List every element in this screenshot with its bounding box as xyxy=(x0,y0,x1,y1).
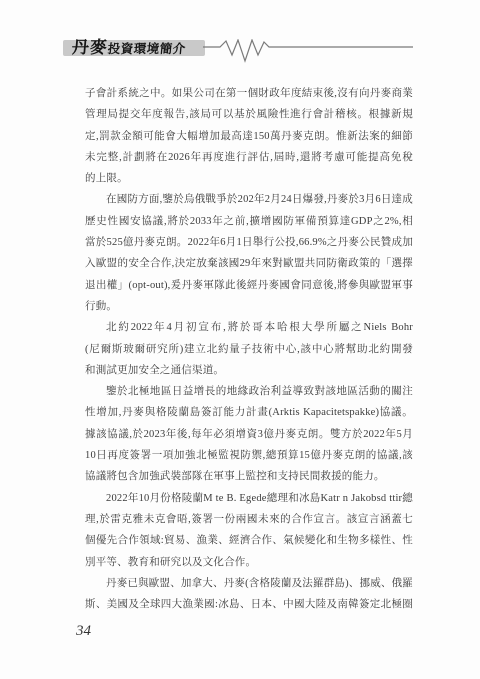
paragraph: 在國防方面,鑒於烏俄戰爭於202年2月24日爆發,丹麥於3月6日達成歷史性國安協… xyxy=(85,189,413,317)
text-line: 管理局提交年度報告,該局可以基於風險性進行會計稽核。根據新規 xyxy=(85,104,413,125)
heartbeat-divider-icon xyxy=(203,39,413,63)
body-text: 子會計系統之中。如果公司在第一個財政年度結束後,沒有向丹麥商業管理局提交年度報告… xyxy=(85,83,413,615)
paragraph: 北約2022年4月初宣布,將於哥本哈根大學所屬之Niels Bohr Insti… xyxy=(85,317,413,381)
text-line: 2022年10月份格陵蘭M te B. Egede總理和冰島Katr n Jak… xyxy=(85,488,413,509)
text-line: 鑒於北極地區日益增長的地緣政治利益導致對該地區活動的關注必要 xyxy=(85,381,413,402)
paragraph: 丹麥已與歐盟、加拿大、丹麥(含格陵蘭及法羅群島)、挪威、俄羅斯、美國及全球四大漁… xyxy=(85,573,413,616)
text-line: 協議將包含加強武裝部隊在軍事上監控和支持民間救援的能力。 xyxy=(85,466,413,487)
chapter-title: 丹麥投資環境簡介 xyxy=(71,33,187,58)
text-line: 北約2022年4月初宣布,將於哥本哈根大學所屬之Niels Bohr Insti… xyxy=(85,317,413,338)
text-line: 在國防方面,鑒於烏俄戰爭於202年2月24日爆發,丹麥於3月6日達成 xyxy=(85,189,413,210)
text-line: 未完整,計劃將在2026年再度進行評估,屆時,還將考慮可能提高免稅 xyxy=(85,147,413,168)
text-line: 和測試更加安全之通信渠道。 xyxy=(85,360,413,381)
paragraph: 鑒於北極地區日益增長的地緣政治利益導致對該地區活動的關注必要性增加,丹麥與格陵蘭… xyxy=(85,381,413,487)
chapter-title-sub: 投資環境簡介 xyxy=(107,39,187,57)
text-line: 性增加,丹麥與格陵蘭島簽訂能力計畫(Arktis Kapacitetspakke… xyxy=(85,402,413,423)
text-line: 丹麥已與歐盟、加拿大、丹麥(含格陵蘭及法羅群島)、挪威、俄羅 xyxy=(85,573,413,594)
chapter-title-main: 丹麥 xyxy=(71,33,109,58)
text-line: 10日再度簽署一項加強北極監視防禦,總預算15億丹麥克朗的協議,該 xyxy=(85,445,413,466)
paragraph: 2022年10月份格陵蘭M te B. Egede總理和冰島Katr n Jak… xyxy=(85,488,413,573)
text-line: 子會計系統之中。如果公司在第一個財政年度結束後,沒有向丹麥商業 xyxy=(85,83,413,104)
text-line: 入歐盟的安全合作,決定放棄該國29年來對歐盟共同防衛政策的「選擇 xyxy=(85,253,413,274)
text-line: 歷史性國安協議,將於2033年之前,擴增國防軍備預算達GDP之2%,相 xyxy=(85,211,413,232)
text-line: 的上限。 xyxy=(85,168,413,189)
document-page: 丹麥投資環境簡介 子會計系統之中。如果公司在第一個財政年度結束後,沒有向丹麥商業… xyxy=(0,0,480,679)
text-line: (尼爾斯玻爾研究所)建立北約量子技術中心,該中心將幫助北約開發 xyxy=(85,339,413,360)
text-line: 當於525億丹麥克朗。2022年6月1日舉行公投,66.9%之丹麥公民贊成加 xyxy=(85,232,413,253)
text-line: 定,罰款金額可能會大幅增加最高達150萬丹麥克朗。惟新法案的細節尚 xyxy=(85,126,413,147)
text-line: 據該協議,於2023年後,每年必須增資3億丹麥克朗。雙方於2022年5月 xyxy=(85,424,413,445)
text-line: 理,於雷克雅未克會晤,簽署一份兩國未來的合作宣言。該宣言涵蓋七 xyxy=(85,509,413,530)
page-number: 34 xyxy=(76,623,91,640)
text-line: 退出權」(opt-out),爰丹麥軍隊此後經丹麥國會同意後,將參與歐盟軍事 xyxy=(85,275,413,296)
text-line: 個優先合作領域:貿易、漁業、經濟合作、氣候變化和生物多樣性、性 xyxy=(85,530,413,551)
text-line: 別平等、教育和研究以及文化合作。 xyxy=(85,552,413,573)
text-line: 行動。 xyxy=(85,296,413,317)
text-line: 斯、美國及全球四大漁業國:冰島、日本、中國大陸及南韓簽定北極圈 xyxy=(85,594,413,615)
paragraph: 子會計系統之中。如果公司在第一個財政年度結束後,沒有向丹麥商業管理局提交年度報告… xyxy=(85,83,413,189)
